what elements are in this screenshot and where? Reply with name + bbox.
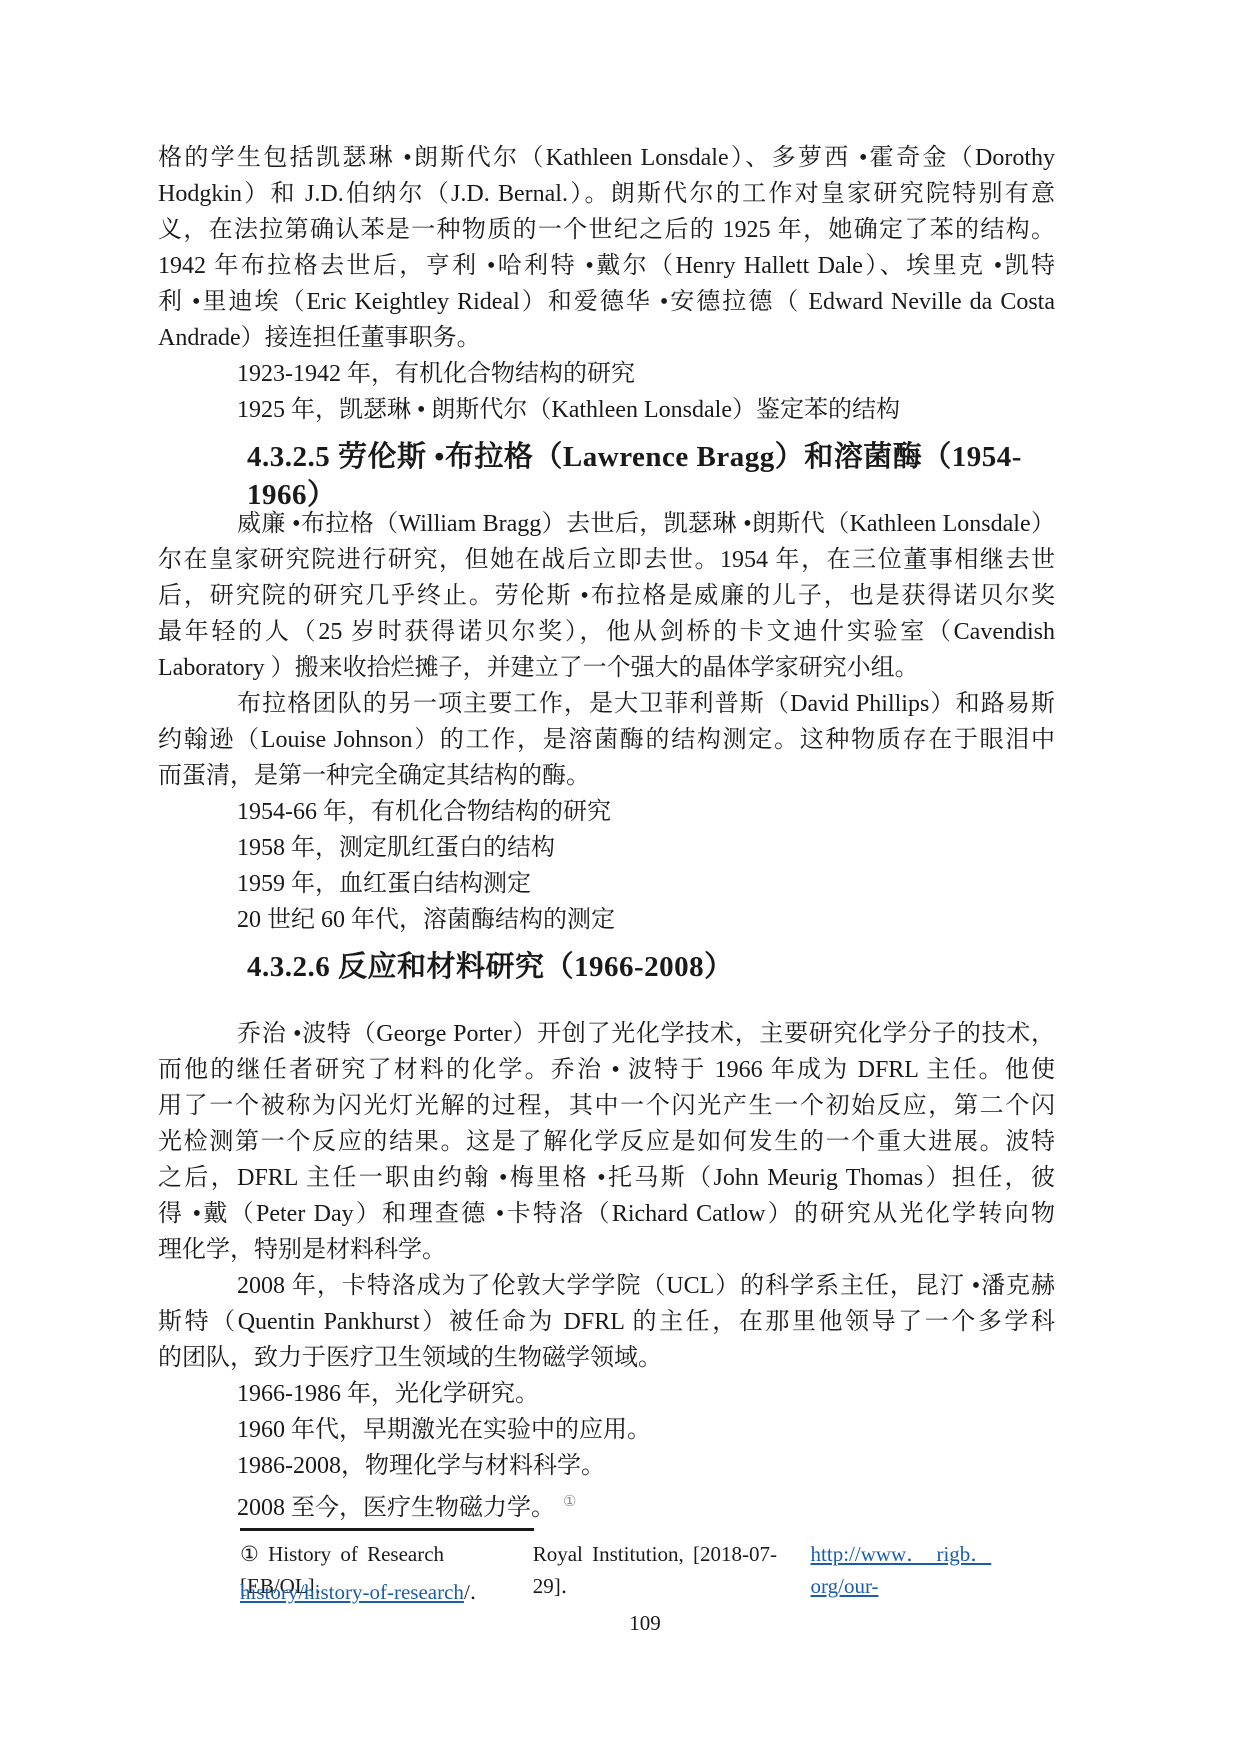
paragraph-lawrence-bragg: 威廉 •布拉格（William Bragg）去世后，凯瑟琳 •朗斯代（Kathl…	[158, 506, 1055, 686]
text-line: 义，在法拉第确认苯是一种物质的一个世纪之后的 1925 年，她确定了苯的结构。	[158, 212, 1055, 248]
page-body: 格的学生包括凯瑟琳 •朗斯代尔（Kathleen Lonsdale）、多萝西 •…	[158, 140, 1055, 1520]
footnote-url-link-part1[interactable]: http://www． rigb． org/our-	[811, 1538, 1055, 1602]
timeline-item-text: 2008 至今，医疗生物磁力学。	[237, 1495, 555, 1521]
text-line: Laboratory ）搬来收拾烂摊子，并建立了一个强大的晶体学家研究小组。	[158, 650, 1055, 686]
text-line: 理化学，特别是材料科学。	[158, 1232, 1055, 1268]
paragraph-lysozyme: 布拉格团队的另一项主要工作，是大卫菲利普斯（David Phillips）和路易…	[158, 686, 1055, 794]
text-line: Andrade）接连担任董事职务。	[158, 320, 1055, 356]
footnote-url-link-part2[interactable]: history/history-of-research	[240, 1580, 464, 1604]
footnote-citation-source: Royal Institution, [2018-07-29]．	[533, 1538, 811, 1602]
footnote-separator-rule	[240, 1528, 534, 1531]
text-line: 而蛋清，是第一种完全确定其结构的酶。	[158, 758, 1055, 794]
text-line: 乔治 •波特（George Porter）开创了光化学技术，主要研究化学分子的技…	[158, 1016, 1055, 1052]
text-line: 最年轻的人（25 岁时获得诺贝尔奖），他从剑桥的卡文迪什实验室（Cavendis…	[158, 614, 1055, 650]
text-line: 1942 年布拉格去世后，亨利 •哈利特 •戴尔（Henry Hallett D…	[158, 248, 1055, 284]
text-line: 光检测第一个反应的结果。这是了解化学反应是如何发生的一个重大进展。波特	[158, 1124, 1055, 1160]
timeline-item-2008-now: 2008 至今，医疗生物磁力学。①	[158, 1484, 1055, 1520]
text-line: 用了一个被称为闪光灯光解的过程，其中一个闪光产生一个初始反应，第二个闪	[158, 1088, 1055, 1124]
text-line: 之后，DFRL 主任一职由约翰 •梅里格 •托马斯（John Meurig Th…	[158, 1160, 1055, 1196]
timeline-item-1925: 1925 年，凯瑟琳 • 朗斯代尔（Kathleen Lonsdale）鉴定苯的…	[158, 392, 1055, 428]
timeline-item-1960s-laser: 1960 年代，早期激光在实验中的应用。	[158, 1412, 1055, 1448]
document-page: 格的学生包括凯瑟琳 •朗斯代尔（Kathleen Lonsdale）、多萝西 •…	[0, 0, 1240, 1753]
paragraph-george-porter: 乔治 •波特（George Porter）开创了光化学技术，主要研究化学分子的技…	[158, 1016, 1055, 1268]
text-line: 斯特（Quentin Pankhurst）被任命为 DFRL 的主任，在那里他领…	[158, 1304, 1055, 1340]
paragraph-bragg-students: 格的学生包括凯瑟琳 •朗斯代尔（Kathleen Lonsdale）、多萝西 •…	[158, 140, 1055, 356]
text-line: 得 •戴（Peter Day）和理查德 •卡特洛（Richard Catlow）…	[158, 1196, 1055, 1232]
page-number: 109	[0, 1608, 1240, 1638]
section-heading-4-3-2-6: 4.3.2.6 反应和材料研究（1966-2008）	[158, 948, 1055, 986]
text-line: Hodgkin）和 J.D.伯纳尔（J.D. Bernal.）。朗斯代尔的工作对…	[158, 176, 1055, 212]
text-line: 后，研究院的研究几乎终止。劳伦斯 •布拉格是威廉的儿子，也是获得诺贝尔奖	[158, 578, 1055, 614]
footnote-reference-marker: ①	[555, 1494, 576, 1510]
footnote-url-tail: /．	[464, 1580, 491, 1604]
paragraph-catlow-pankhurst: 2008 年，卡特洛成为了伦敦大学学院（UCL）的科学系主任，昆汀 •潘克赫 斯…	[158, 1268, 1055, 1376]
text-line: 布拉格团队的另一项主要工作，是大卫菲利普斯（David Phillips）和路易…	[158, 686, 1055, 722]
text-line: 约翰逊（Louise Johnson）的工作，是溶菌酶的结构测定。这种物质存在于…	[158, 722, 1055, 758]
text-line: 利 •里迪埃（Eric Keightley Rideal）和爱德华 •安德拉德（…	[158, 284, 1055, 320]
text-line: 格的学生包括凯瑟琳 •朗斯代尔（Kathleen Lonsdale）、多萝西 •…	[158, 140, 1055, 176]
timeline-item-1958: 1958 年，测定肌红蛋白的结构	[158, 830, 1055, 866]
timeline-item-1959: 1959 年，血红蛋白结构测定	[158, 866, 1055, 902]
text-line: 的团队，致力于医疗卫生领域的生物磁学领域。	[158, 1340, 1055, 1376]
text-line: 尔在皇家研究院进行研究，但她在战后立即去世。1954 年，在三位董事相继去世	[158, 542, 1055, 578]
timeline-item-1960s: 20 世纪 60 年代，溶菌酶结构的测定	[158, 902, 1055, 938]
text-line: 而他的继任者研究了材料的化学。乔治 • 波特于 1966 年成为 DFRL 主任…	[158, 1052, 1055, 1088]
footnote-text-line-2: history/history-of-research/．	[240, 1576, 491, 1608]
timeline-item-1954-66: 1954-66 年，有机化合物结构的研究	[158, 794, 1055, 830]
timeline-item-1923: 1923-1942 年，有机化合物结构的研究	[158, 356, 1055, 392]
timeline-item-1966-1986: 1966-1986 年，光化学研究。	[158, 1376, 1055, 1412]
timeline-item-1986-2008: 1986-2008，物理化学与材料科学。	[158, 1448, 1055, 1484]
text-line: 威廉 •布拉格（William Bragg）去世后，凯瑟琳 •朗斯代（Kathl…	[158, 506, 1055, 542]
text-line: 2008 年，卡特洛成为了伦敦大学学院（UCL）的科学系主任，昆汀 •潘克赫	[158, 1268, 1055, 1304]
section-heading-4-3-2-5: 4.3.2.5 劳伦斯 •布拉格（Lawrence Bragg）和溶菌酶（195…	[158, 438, 1055, 476]
